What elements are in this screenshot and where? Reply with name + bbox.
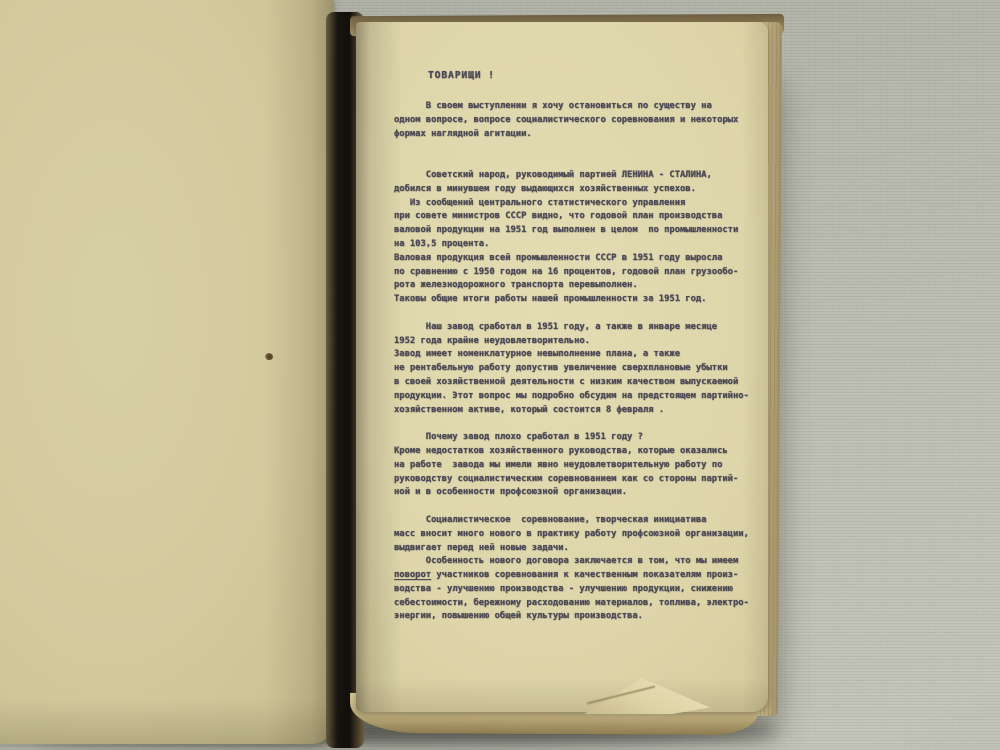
typed-segment: при совете министров СССР видно, что год… (394, 211, 722, 221)
typed-segment: 1952 года крайне неудовлетворительно. (394, 336, 590, 346)
typed-line: валовой продукции на 1951 год выполнен в… (394, 224, 766, 238)
typed-line: Особенность нового договора заключается … (394, 555, 766, 569)
typed-line: рота железнодорожного транспорта перевып… (394, 279, 766, 293)
left-blank-page (0, 0, 334, 744)
typed-line: Кроме недостатков хозяйственного руковод… (394, 445, 766, 459)
typed-text-body: В своем выступлении я хочу остановиться … (394, 100, 766, 624)
typed-segment: Особенность нового договора заключается … (394, 556, 738, 566)
typed-line: Валовая продукция всей промышленности СС… (394, 252, 766, 266)
document-title: ТОВАРИЩИ ! (428, 70, 495, 82)
typed-segment: в своей хозяйственной деятельности с низ… (394, 377, 738, 387)
typed-segment: валовой продукции на 1951 год выполнен в… (394, 225, 738, 235)
typed-line: себестоимости, бережному расходованию ма… (394, 597, 766, 611)
typed-line: не рентабельную работу допустив увеличен… (394, 362, 766, 376)
typed-segment: Таковы общие итоги работы нашей промышле… (394, 294, 706, 304)
typed-line: 1952 года крайне неудовлетворительно. (394, 335, 766, 349)
typed-line: Таковы общие итоги работы нашей промышле… (394, 293, 766, 307)
typed-segment: хозяйственном активе, который состоится … (394, 405, 664, 415)
typed-line: одном вопросе, вопросе социалистического… (394, 114, 766, 128)
typed-segment: Валовая продукция всей промышленности СС… (394, 253, 722, 263)
typed-segment: добился в минувшем году выдающихся хозяй… (394, 184, 696, 194)
folded-corner (584, 678, 710, 714)
typed-segment: водства - улучшению производства - улучш… (394, 584, 733, 594)
typed-line: водства - улучшению производства - улучш… (394, 583, 766, 597)
typed-line: поворот участников соревнования к качест… (394, 569, 766, 583)
typed-line: Советский народ, руководимый партией ЛЕН… (394, 169, 766, 183)
typed-segment: Наш завод сработал в 1951 году, а также … (394, 322, 717, 332)
typed-line (394, 155, 766, 169)
typed-segment: Кроме недостатков хозяйственного руковод… (394, 446, 728, 456)
typed-line: продукции. Этот вопрос мы подробно обсуд… (394, 390, 766, 404)
underlined-word: поворот (394, 570, 431, 580)
typed-segment: одном вопросе, вопросе социалистического… (394, 115, 738, 125)
typed-line (394, 307, 766, 321)
typed-segment: масс вносит много нового в практику рабо… (394, 529, 749, 539)
typed-line: по сравнению с 1950 годом на 16 проценто… (394, 266, 766, 280)
typed-segment: ной и в особенности профсоюзной организа… (394, 487, 627, 497)
typed-line: хозяйственном активе, который состоится … (394, 404, 766, 418)
typed-line: Из сообщений центрального статистическог… (394, 197, 766, 211)
typed-segment: формах наглядной агитации. (394, 129, 532, 139)
typed-segment: не рентабельную работу допустив увеличен… (394, 363, 728, 373)
typed-line: добился в минувшем году выдающихся хозяй… (394, 183, 766, 197)
typed-line: формах наглядной агитации. (394, 128, 766, 142)
typed-line: ной и в особенности профсоюзной организа… (394, 486, 766, 500)
typed-line: Завод имеет номенклатурное невыполнение … (394, 348, 766, 362)
typed-segment: на работе завода мы имели явно неудовлет… (394, 460, 722, 470)
typed-segment: Советский народ, руководимый партией ЛЕН… (394, 170, 712, 180)
typed-line: масс вносит много нового в практику рабо… (394, 528, 766, 542)
typed-segment: Из сообщений центрального статистическог… (394, 198, 685, 208)
typed-line: В своем выступлении я хочу остановиться … (394, 100, 766, 114)
typed-segment: продукции. Этот вопрос мы подробно обсуд… (394, 391, 749, 401)
typed-segment: энергии, повышению общей культуры произв… (394, 611, 643, 621)
typed-segment: Почему завод плохо сработал в 1951 году … (394, 432, 643, 442)
typed-segment: по сравнению с 1950 годом на 16 проценто… (394, 267, 738, 277)
typed-segment: Социалистическое соревнование, творческа… (394, 515, 706, 525)
typed-line: Почему завод плохо сработал в 1951 году … (394, 431, 766, 445)
typed-line: Наш завод сработал в 1951 году, а также … (394, 321, 766, 335)
typed-line: на работе завода мы имели явно неудовлет… (394, 459, 766, 473)
typed-page: ТОВАРИЩИ ! В своем выступлении я хочу ос… (356, 22, 768, 712)
typed-line: руководству социалистическим соревновани… (394, 473, 766, 487)
typed-line: при совете министров СССР видно, что год… (394, 210, 766, 224)
typed-line: энергии, повышению общей культуры произв… (394, 610, 766, 624)
typed-line (394, 500, 766, 514)
typed-segment: В своем выступлении я хочу остановиться … (394, 101, 712, 111)
typed-line (394, 141, 766, 155)
typed-segment: выдвигает перед ней новые задачи. (394, 543, 569, 553)
typed-segment: на 103,5 процента. (394, 239, 489, 249)
typed-segment: Завод имеет номенклатурное невыполнение … (394, 349, 680, 359)
typed-line (394, 417, 766, 431)
typed-line: в своей хозяйственной деятельности с низ… (394, 376, 766, 390)
paper-speck (265, 353, 273, 360)
photo-scene: ТОВАРИЩИ ! В своем выступлении я хочу ос… (0, 0, 1000, 750)
typed-segment: себестоимости, бережному расходованию ма… (394, 598, 749, 608)
typed-line: на 103,5 процента. (394, 238, 766, 252)
typed-line: Социалистическое соревнование, творческа… (394, 514, 766, 528)
typed-segment: участников соревнования к качественным п… (431, 570, 738, 580)
typed-segment: руководству социалистическим соревновани… (394, 474, 738, 484)
typed-segment: рота железнодорожного транспорта перевып… (394, 280, 638, 290)
typed-line: выдвигает перед ней новые задачи. (394, 542, 766, 556)
